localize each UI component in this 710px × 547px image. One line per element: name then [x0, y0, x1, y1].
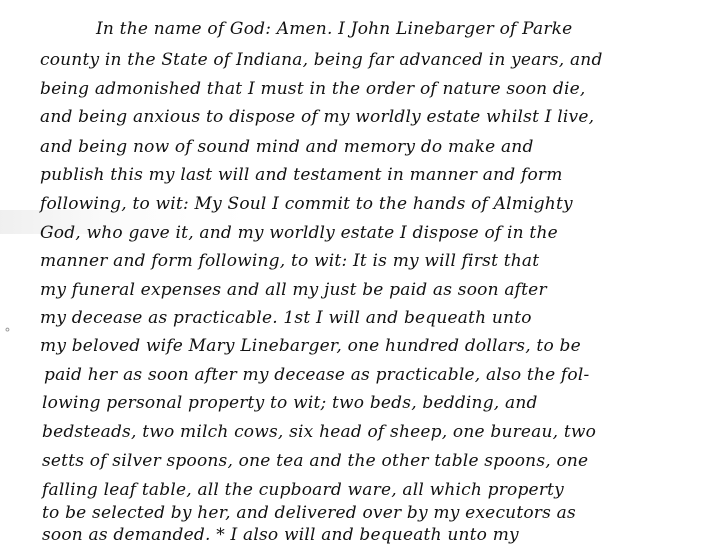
text-line-1: In the name of God: Amen. I John Linebar… [96, 18, 572, 40]
text-line-3: being admonished that I must in the orde… [40, 78, 585, 100]
text-line-2: county in the State of Indiana, being fa… [40, 49, 603, 71]
text-line-7: following, to wit: My Soul I commit to t… [40, 193, 573, 215]
text-line-17: falling leaf table, all the cupboard war… [42, 479, 564, 501]
text-line-19: soon as demanded. * I also will and bequ… [42, 524, 519, 546]
text-line-15: bedsteads, two milch cows, six head of s… [42, 421, 596, 443]
text-line-13: paid her as soon after my decease as pra… [44, 364, 589, 386]
text-line-8: God, who gave it, and my worldly estate … [40, 222, 558, 244]
text-line-11: my decease as practicable. 1st I will an… [40, 307, 532, 329]
text-line-16: setts of silver spoons, one tea and the … [42, 450, 588, 472]
document-page: ∘ In the name of God: Amen. I John Lineb… [0, 0, 710, 547]
text-line-6: publish this my last will and testament … [40, 164, 563, 186]
text-line-10: my funeral expenses and all my just be p… [40, 279, 547, 301]
text-line-9: manner and form following, to wit: It is… [40, 250, 539, 272]
text-line-12: my beloved wife Mary Linebarger, one hun… [40, 335, 581, 357]
text-line-5: and being now of sound mind and memory d… [40, 136, 534, 158]
text-line-14: lowing personal property to wit; two bed… [42, 392, 538, 414]
text-line-18: to be selected by her, and delivered ove… [42, 502, 576, 524]
text-line-4: and being anxious to dispose of my world… [40, 106, 594, 128]
margin-mark: ∘ [4, 322, 11, 338]
